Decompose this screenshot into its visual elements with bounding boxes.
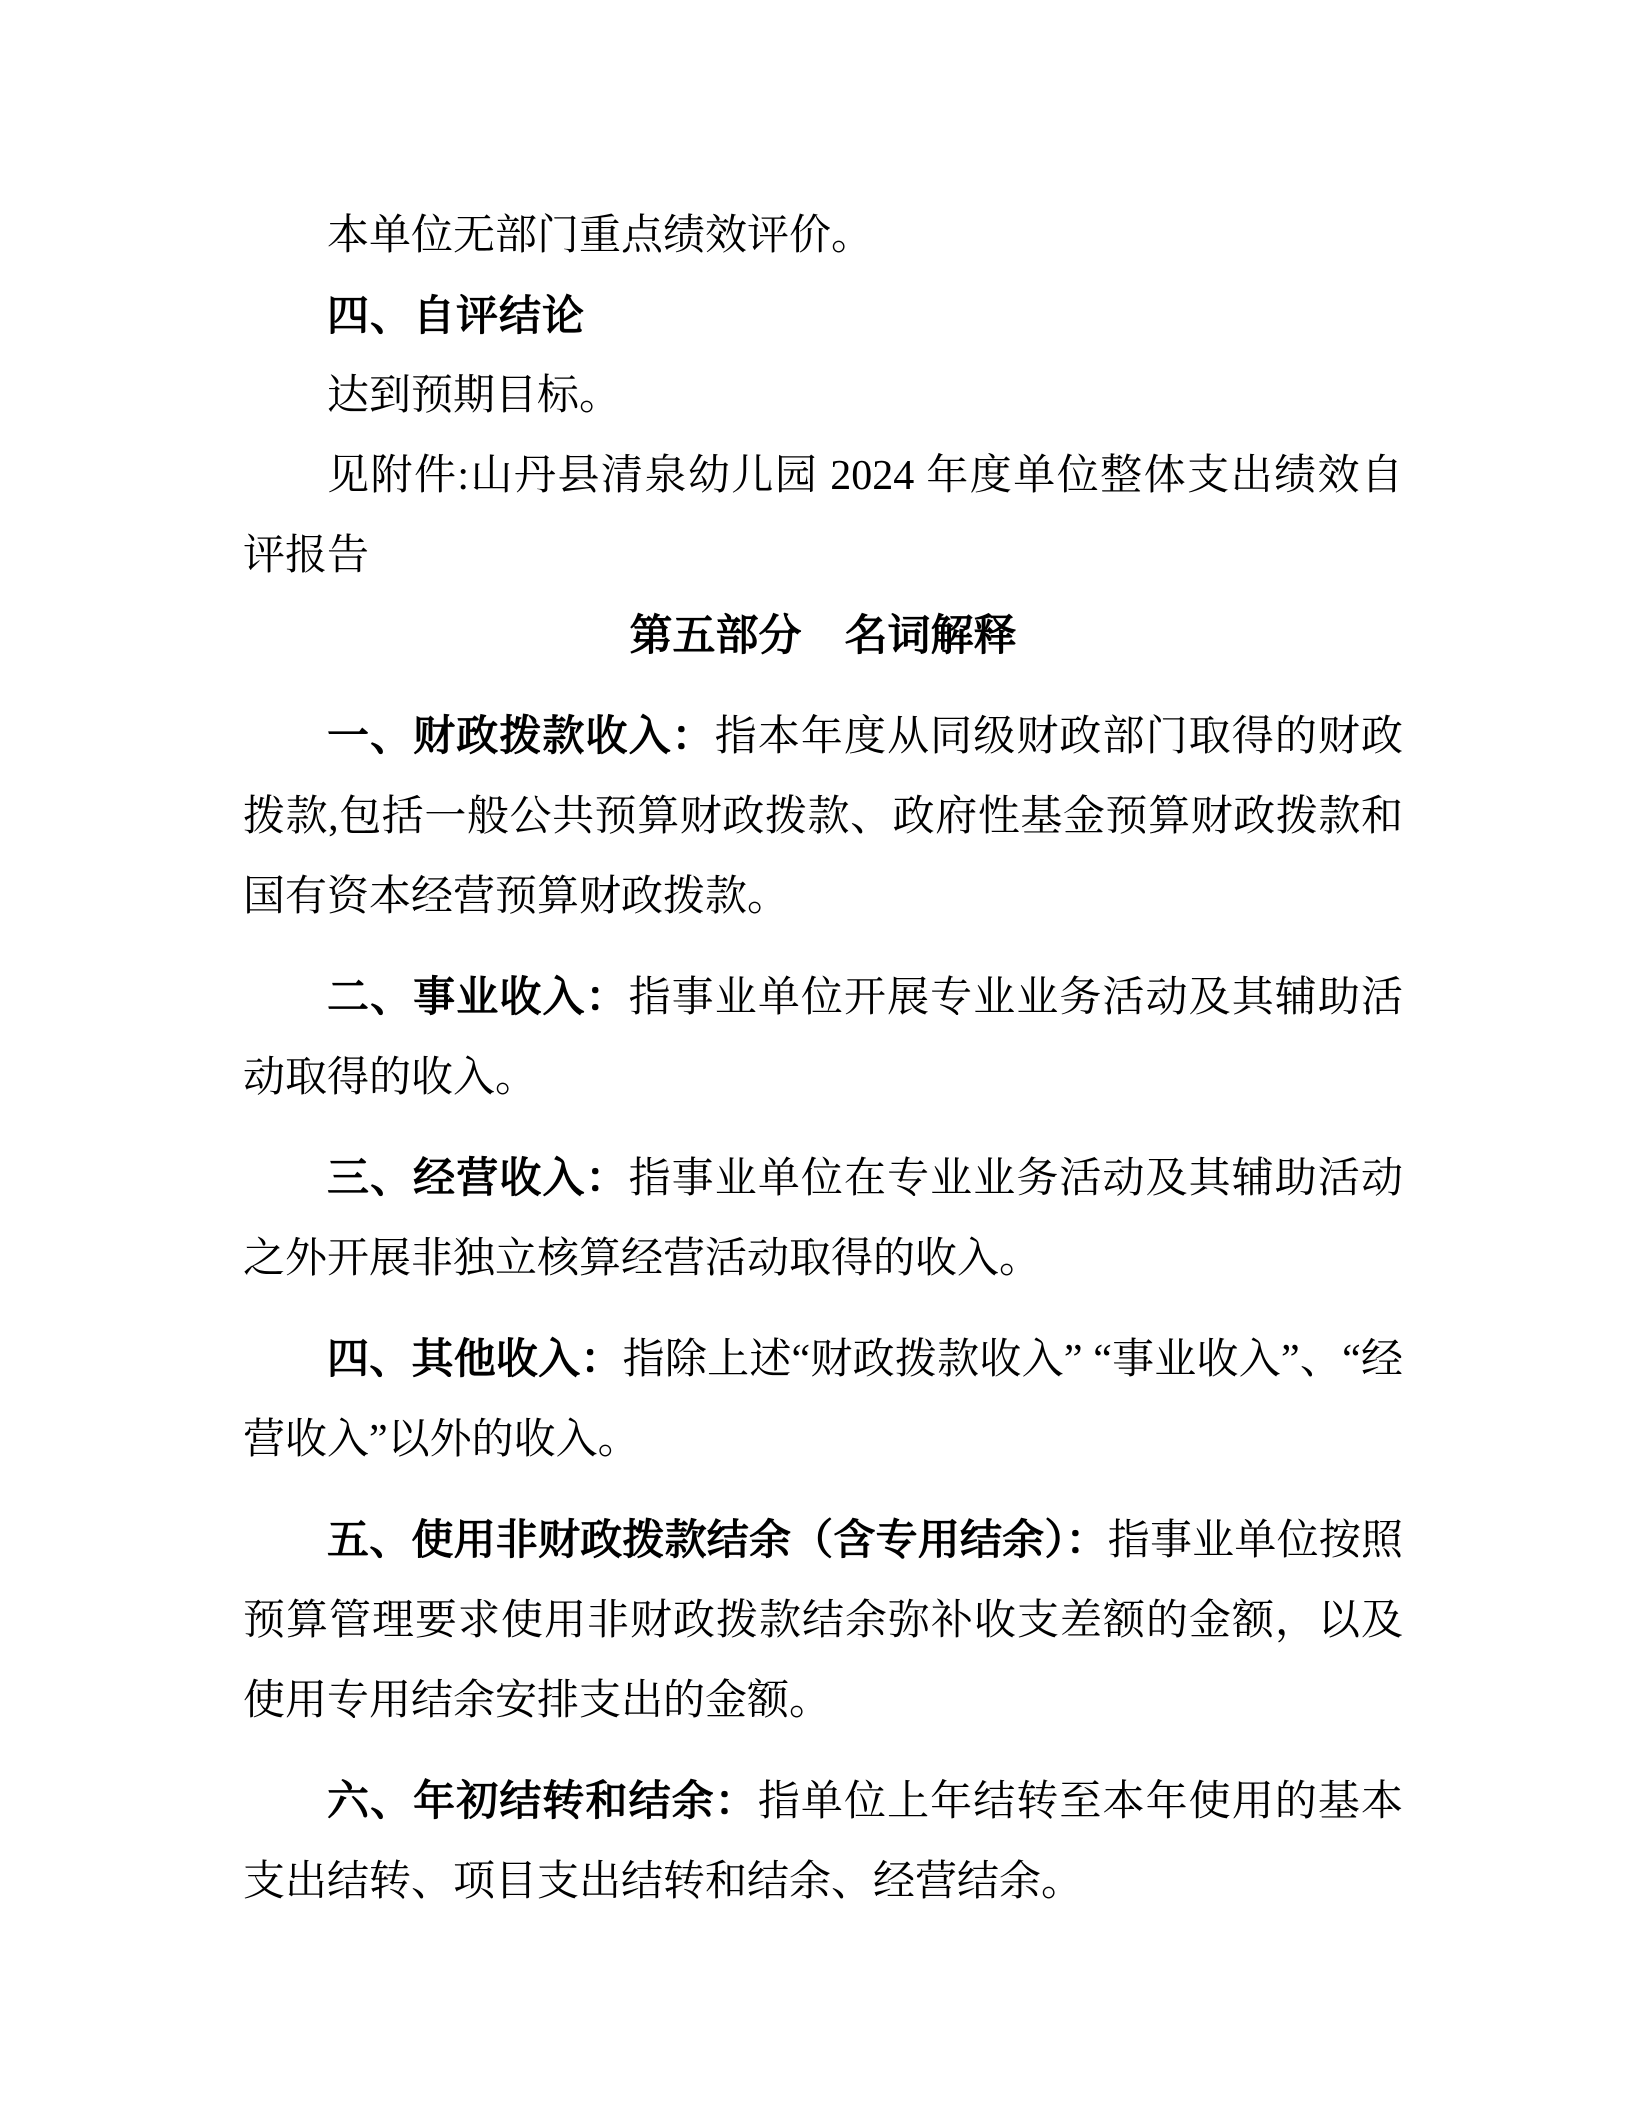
definition-other-income: 四、其他收入：指除上述“财政拨款收入” “事业收入”、“经营收入”以外的收入。 [243,1319,1403,1480]
document-page: 本单位无部门重点绩效评价。 四、自评结论 达到预期目标。 见附件:山丹县清泉幼儿… [0,0,1632,2112]
definition-term: 四、其他收入： [327,1335,623,1382]
definition-term: 五、使用非财政拨款结余（含专用结余）： [327,1516,1108,1563]
definition-beginning-year-carryover: 六、年初结转和结余：指单位上年结转至本年使用的基本支出结转、项目支出结转和结余、… [243,1761,1403,1922]
definition-term: 二、事业收入： [327,973,629,1020]
definition-undertaking-income: 二、事业收入：指事业单位开展专业业务活动及其辅助活动取得的收入。 [243,957,1403,1118]
part-five-title: 第五部分 名词解释 [243,596,1403,676]
definition-term: 六、年初结转和结余： [327,1777,758,1824]
no-evaluation-paragraph: 本单位无部门重点绩效评价。 [243,196,1403,276]
definition-operating-income: 三、经营收入：指事业单位在专业业务活动及其辅助活动之外开展非独立核算经营活动取得… [243,1138,1403,1299]
attachment-reference-paragraph: 见附件:山丹县清泉幼儿园 2024 年度单位整体支出绩效自评报告 [243,436,1403,596]
definition-non-fiscal-balance-use: 五、使用非财政拨款结余（含专用结余）：指事业单位按照预算管理要求使用非财政拨款结… [243,1500,1403,1741]
definition-fiscal-appropriation-income: 一、财政拨款收入：指本年度从同级财政部门取得的财政拨款,包括一般公共预算财政拨款… [243,696,1403,937]
definition-term: 一、财政拨款收入： [327,712,715,759]
conclusion-paragraph: 达到预期目标。 [243,356,1403,436]
self-evaluation-conclusion-heading: 四、自评结论 [243,276,1403,356]
definition-term: 三、经营收入： [327,1154,629,1201]
